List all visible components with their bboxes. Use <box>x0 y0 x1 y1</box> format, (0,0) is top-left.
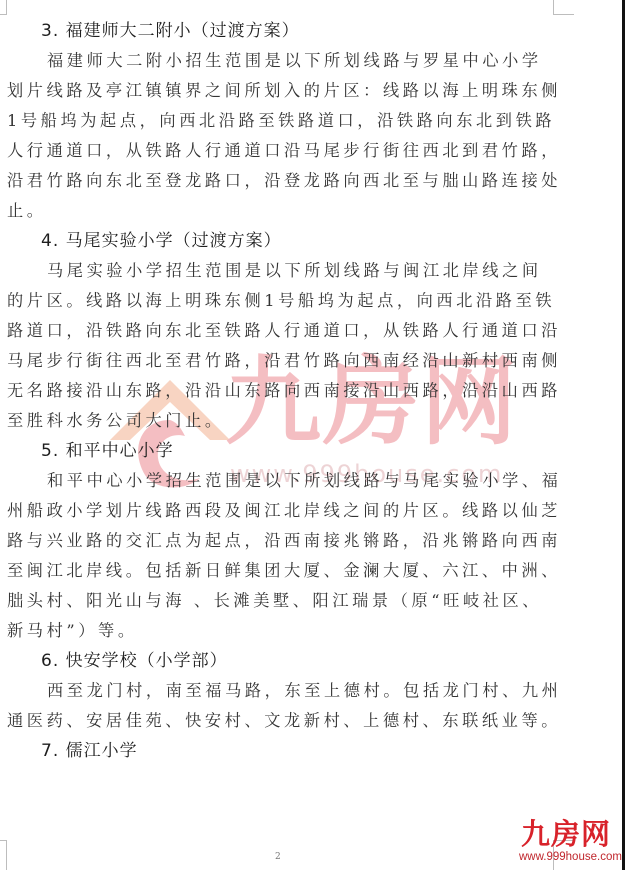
section-heading: 6. 快安学校（小学部） <box>7 646 555 676</box>
document-body: 3. 福建师大二附小（过渡方案） 福建师大二附小招生范围是以下所划线路与罗星中心… <box>7 16 555 766</box>
margin-mark-bottom-left <box>0 840 7 870</box>
text-line: 人行通道口，从铁路人行通道口沿马尾步行街往西北到君竹路， <box>7 136 555 166</box>
text-line: 无名路接沿山东路，沿沿山东路向西南接沿山西路，沿沿山西路 <box>7 376 555 406</box>
section-heading: 7. 儒江小学 <box>7 736 555 766</box>
text-line: 西至龙门村，南至福马路，东至上德村。包括龙门村、九州 <box>7 676 555 706</box>
section-heading: 4. 马尾实验小学（过渡方案） <box>7 226 555 256</box>
page-number: 2 <box>275 852 281 862</box>
text-line: 新马村”）等。 <box>7 616 555 646</box>
section-4: 4. 马尾实验小学（过渡方案） 马尾实验小学招生范围是以下所划线路与闽江北岸线之… <box>7 226 555 436</box>
text-line: 至闽江北岸线。包括新日鲜集团大厦、金澜大厦、六江、中洲、 <box>7 556 555 586</box>
text-line: 福建师大二附小招生范围是以下所划线路与罗星中心小学 <box>7 46 555 76</box>
text-line: 的片区。线路以海上明珠东侧1号船坞为起点，向西北沿路至铁 <box>7 286 555 316</box>
text-line: 至胜科水务公司大门止。 <box>7 406 555 436</box>
section-heading: 3. 福建师大二附小（过渡方案） <box>7 16 555 46</box>
section-6: 6. 快安学校（小学部） 西至龙门村，南至福马路，东至上德村。包括龙门村、九州 … <box>7 646 555 736</box>
text-line: 马尾步行街往西北至君竹路，沿君竹路向西南经沿山新村西南侧 <box>7 346 555 376</box>
section-paragraph: 马尾实验小学招生范围是以下所划线路与闽江北岸线之间 的片区。线路以海上明珠东侧1… <box>7 256 555 436</box>
text-line: 止。 <box>7 196 555 226</box>
text-line: 路道口，沿铁路向东北至铁路人行通道口，从铁路人行通道口沿 <box>7 316 555 346</box>
text-line: 通医药、安居佳苑、快安村、文龙新村、上德村、东联纸业等。 <box>7 706 555 736</box>
text-line: 路与兴业路的交汇点为起点，沿西南接兆锵路，沿兆锵路向西南 <box>7 526 555 556</box>
text-line: 州船政小学划片线路西段及闽江北岸线之间的片区。线路以仙芝 <box>7 496 555 526</box>
section-paragraph: 西至龙门村，南至福马路，东至上德村。包括龙门村、九州 通医药、安居佳苑、快安村、… <box>7 676 555 736</box>
document-page: 九房网 www.999house.com 3. 福建师大二附小（过渡方案） 福建… <box>0 0 625 870</box>
section-heading: 5. 和平中心小学 <box>7 436 555 466</box>
margin-mark-top-right <box>553 0 574 15</box>
text-line: 沿君竹路向东北至登龙路口，沿登龙路向西北至与朏山路连接处 <box>7 166 555 196</box>
logo-url: www.999house.com <box>519 851 622 863</box>
section-paragraph: 和平中心小学招生范围是以下所划线路与马尾实验小学、福 州船政小学划片线路西段及闽… <box>7 466 555 646</box>
text-line: 1号船坞为起点，向西北沿路至铁路道口，沿铁路向东北到铁路 <box>7 106 555 136</box>
section-7: 7. 儒江小学 <box>7 736 555 766</box>
text-line: 马尾实验小学招生范围是以下所划线路与闽江北岸线之间 <box>7 256 555 286</box>
logo-brand: 九房网 <box>521 818 611 850</box>
text-line: 划片线路及亭江镇镇界之间所划入的片区：线路以海上明珠东侧 <box>7 76 555 106</box>
section-paragraph: 福建师大二附小招生范围是以下所划线路与罗星中心小学 划片线路及亭江镇镇界之间所划… <box>7 46 555 226</box>
section-3: 3. 福建师大二附小（过渡方案） 福建师大二附小招生范围是以下所划线路与罗星中心… <box>7 16 555 226</box>
section-5: 5. 和平中心小学 和平中心小学招生范围是以下所划线路与马尾实验小学、福 州船政… <box>7 436 555 646</box>
text-line: 朏头村、阳光山与海 、长滩美墅、阳江瑞景（原“旺岐社区、 <box>7 586 555 616</box>
text-line: 和平中心小学招生范围是以下所划线路与马尾实验小学、福 <box>7 466 555 496</box>
margin-mark-top-left <box>0 0 7 15</box>
brand-logo: 九房网 www.999house.com <box>517 818 621 868</box>
